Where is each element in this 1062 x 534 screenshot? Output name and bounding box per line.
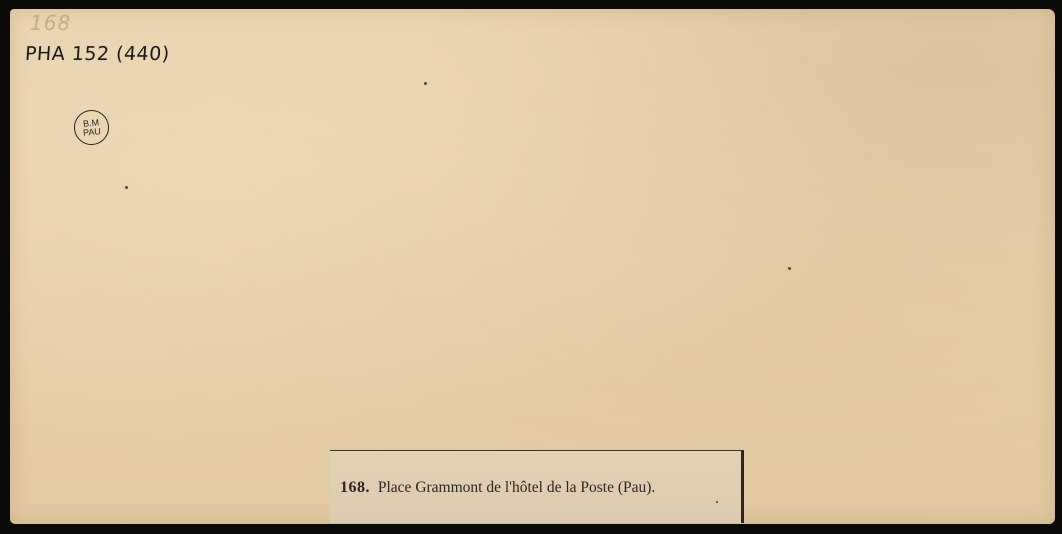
pencil-inventory-number: 168 bbox=[30, 11, 71, 35]
stamp-line-2: PAU bbox=[83, 127, 102, 138]
paper-speck bbox=[788, 267, 791, 270]
caption-title: Place Grammont de l'hôtel de la Poste (P… bbox=[378, 479, 655, 496]
caption-number: 168. bbox=[340, 479, 370, 496]
handwritten-shelfmark: PHA 152 (440) bbox=[24, 43, 170, 65]
paper-speck bbox=[716, 501, 718, 503]
paper-speck bbox=[424, 82, 427, 85]
caption-line: 168. Place Grammont de l'hôtel de la Pos… bbox=[340, 479, 655, 497]
paper-speck bbox=[125, 186, 128, 189]
library-stamp-icon: B.M PAU bbox=[72, 108, 110, 146]
stereoview-card-verso: 168 PHA 152 (440) B.M PAU 168. Place Gra… bbox=[10, 9, 1055, 524]
printed-caption-label: 168. Place Grammont de l'hôtel de la Pos… bbox=[330, 450, 744, 523]
